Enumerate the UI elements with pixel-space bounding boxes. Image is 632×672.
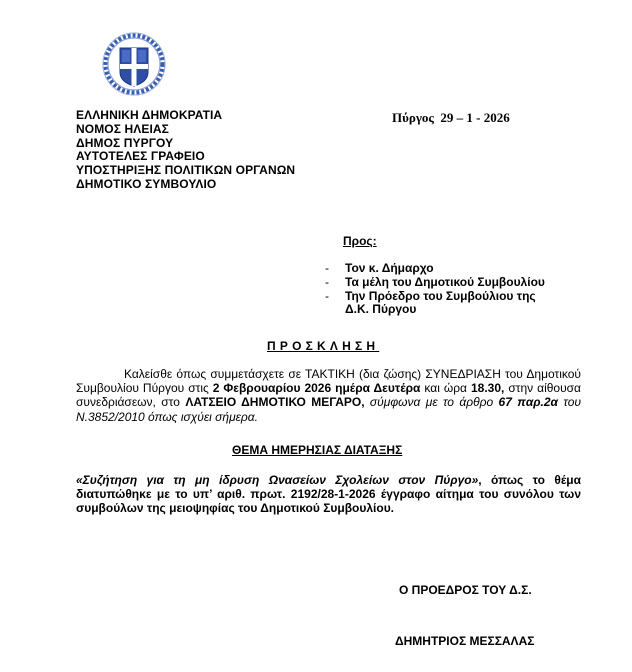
issuer-header: ΕΛΛΗΝΙΚΗ ΔΗΜΟΚΡΑΤΙΑ ΝΟΜΟΣ ΗΛΕΙΑΣ ΔΗΜΟΣ Π… bbox=[76, 109, 295, 192]
recipient-item-continued: Δ.Κ. Πύργου bbox=[320, 303, 545, 317]
document-date: Πύργος 29 – 1 - 2026 bbox=[392, 110, 510, 126]
invitation-title: ΠΡΟΣΚΛΗΣΗ bbox=[267, 339, 379, 353]
header-line-council: ΔΗΜΟΤΙΚΟ ΣΥΜΒΟΥΛΙΟ bbox=[76, 178, 295, 192]
header-line-prefecture: ΝΟΜΟΣ ΗΛΕΙΑΣ bbox=[76, 123, 295, 137]
recipients-title: Προς: bbox=[343, 234, 377, 248]
recipient-item: - Τα μέλη του Δημοτικού Συμβουλίου bbox=[320, 276, 545, 290]
recipient-item: - Τον κ. Δήμαρχο bbox=[320, 262, 545, 276]
law-article: 67 παρ.2α bbox=[499, 395, 558, 409]
header-line-municipality: ΔΗΜΟΣ ΠΥΡΓΟΥ bbox=[76, 137, 295, 151]
signer-role: Ο ΠΡΟΕΔΡΟΣ ΤΟΥ Δ.Σ. bbox=[399, 583, 532, 597]
meeting-venue: ΛΑΤΣΕΙΟ ΔΗΜΟΤΙΚΟ ΜΕΓΑΡΟ, bbox=[185, 395, 364, 409]
header-line-support: ΥΠΟΣΤΗΡΙΞΗΣ ΠΟΛΙΤΙΚΩΝ ΟΡΓΑΝΩΝ bbox=[76, 164, 295, 178]
meeting-date: 2 Φεβρουαρίου 2026 ημέρα Δευτέρα bbox=[213, 381, 421, 395]
header-line-office: ΑΥΤΟΤΕΛΕΣ ΓΡΑΦΕΙΟ bbox=[76, 150, 295, 164]
agenda-item: «Συζήτηση για τη μη ίδρυση Ωνασείων Σχολ… bbox=[76, 473, 581, 516]
meeting-time: 18.30, bbox=[471, 381, 504, 395]
bullet-dash: - bbox=[325, 276, 329, 290]
recipients-list: - Τον κ. Δήμαρχο - Τα μέλη του Δημοτικού… bbox=[320, 262, 545, 317]
signer-name: ΔΗΜΗΤΡΙΟΣ ΜΕΣΣΑΛΑΣ bbox=[395, 634, 534, 648]
recipient-item: - Την Πρόεδρο του Συμβούλιου της bbox=[320, 290, 545, 304]
header-line-republic: ΕΛΛΗΝΙΚΗ ΔΗΜΟΚΡΑΤΙΑ bbox=[76, 109, 295, 123]
invitation-body: Καλείσθε όπως συμμετάσχετε σε ΤΑΚΤΙΚΗ (δ… bbox=[76, 367, 581, 424]
agenda-title: ΘΕΜΑ ΗΜΕΡΗΣΙΑΣ ΔΙΑΤΑΞΗΣ bbox=[232, 443, 402, 457]
agenda-subject: «Συζήτηση για τη μη ίδρυση Ωνασείων Σχολ… bbox=[76, 473, 478, 487]
greek-coat-of-arms-icon bbox=[102, 32, 166, 96]
bullet-dash: - bbox=[325, 262, 329, 276]
bullet-dash: - bbox=[325, 290, 329, 304]
